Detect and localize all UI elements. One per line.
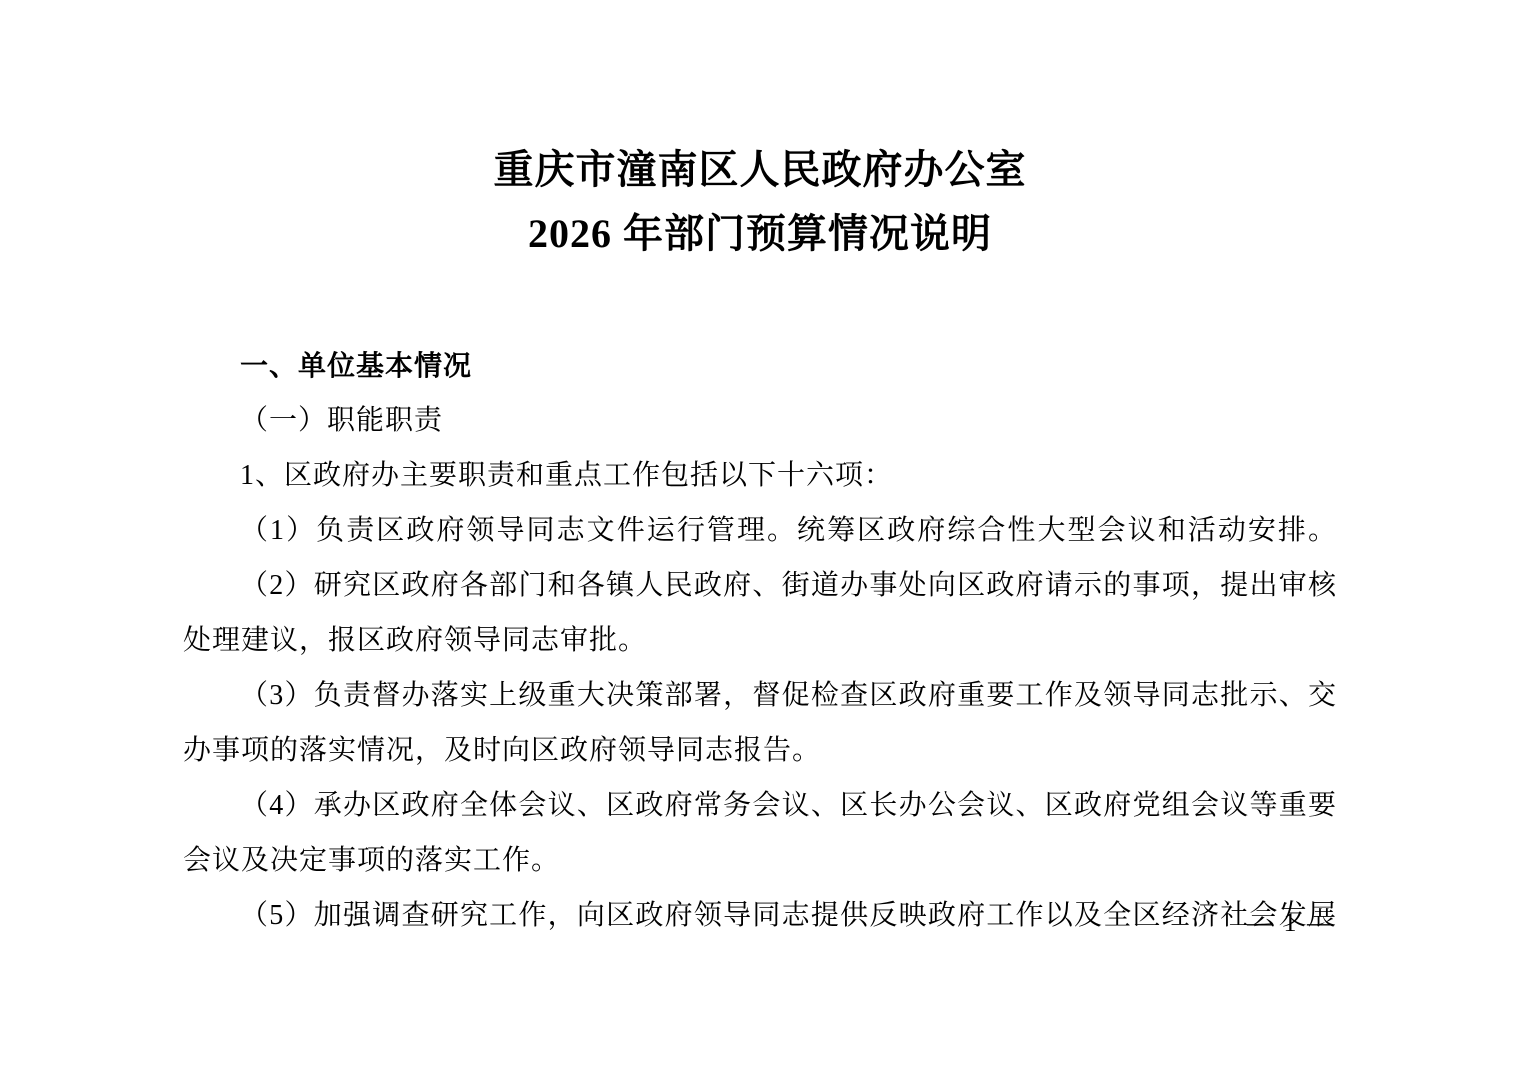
body-paragraph: （1）负责区政府领导同志文件运行管理。统筹区政府综合性大型会议和活动安排。	[183, 503, 1337, 558]
document-content: 重庆市潼南区人民政府办公室 2026 年部门预算情况说明 一、单位基本情况 （一…	[183, 0, 1337, 943]
body-text: （一）职能职责 1、区政府办主要职责和重点工作包括以下十六项： （1）负责区政府…	[183, 393, 1337, 943]
body-paragraph: （4）承办区政府全体会议、区政府常务会议、区长办公会议、区政府党组会议等重要会议…	[183, 778, 1337, 888]
document-page: 重庆市潼南区人民政府办公室 2026 年部门预算情况说明 一、单位基本情况 （一…	[0, 0, 1520, 1074]
page-number: — 1 —	[1247, 903, 1335, 943]
body-paragraph: （2）研究区政府各部门和各镇人民政府、街道办事处向区政府请示的事项，提出审核处理…	[183, 558, 1337, 668]
subsection-heading: （一）职能职责	[183, 393, 1337, 448]
body-paragraph: （5）加强调查研究工作，向区政府领导同志提供反映政府工作以及全区经济社会发展	[183, 888, 1337, 943]
document-title: 重庆市潼南区人民政府办公室 2026 年部门预算情况说明	[183, 138, 1337, 266]
document-title-line1: 重庆市潼南区人民政府办公室	[183, 138, 1337, 202]
body-paragraph: （3）负责督办落实上级重大决策部署，督促检查区政府重要工作及领导同志批示、交办事…	[183, 668, 1337, 778]
section-heading: 一、单位基本情况	[183, 338, 1337, 393]
document-title-line2: 2026 年部门预算情况说明	[183, 202, 1337, 266]
body-paragraph: 1、区政府办主要职责和重点工作包括以下十六项：	[183, 448, 1337, 503]
